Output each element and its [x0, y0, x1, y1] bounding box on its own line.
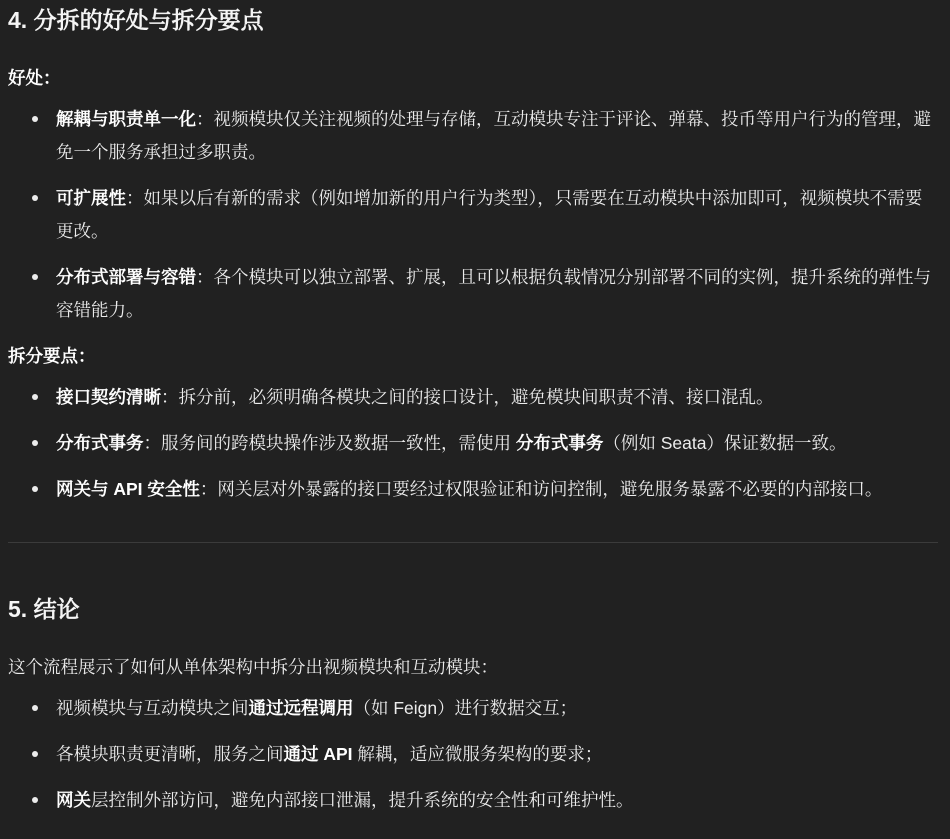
inline-bold-text: 分布式事务: [516, 433, 604, 453]
list-item: 接口契约清晰：拆分前，必须明确各模块之间的接口设计，避免模块间职责不清、接口混乱…: [56, 381, 938, 414]
inline-bold-text: 网关: [56, 790, 91, 810]
conclusion-intro: 这个流程展示了如何从单体架构中拆分出视频模块和互动模块：: [8, 651, 938, 684]
list-item: 各模块职责更清晰，服务之间通过 API 解耦，适应微服务架构的要求；: [56, 738, 938, 771]
document: 4. 分拆的好处与拆分要点 好处： 解耦与职责单一化：视频模块仅关注视频的处理与…: [0, 0, 950, 839]
post-text: 层控制外部访问，避免内部接口泄漏，提升系统的安全性和可维护性。: [91, 790, 634, 810]
pre-text: 视频模块与互动模块之间: [56, 698, 249, 718]
benefits-label: 好处：: [8, 62, 938, 95]
desc-text: ：服务间的跨模块操作涉及数据一致性，需使用: [144, 433, 516, 453]
points-list: 接口契约清晰：拆分前，必须明确各模块之间的接口设计，避免模块间职责不清、接口混乱…: [8, 381, 938, 506]
inline-bold-text: 通过 API: [284, 744, 353, 764]
desc-text: ：网关层对外暴露的接口要经过权限验证和访问控制，避免服务暴露不必要的内部接口。: [200, 479, 883, 499]
list-item: 分布式事务：服务间的跨模块操作涉及数据一致性，需使用 分布式事务（例如 Seat…: [56, 427, 938, 460]
list-item: 解耦与职责单一化：视频模块仅关注视频的处理与存储，互动模块专注于评论、弹幕、投币…: [56, 103, 938, 169]
term-text: 接口契约清晰: [56, 387, 161, 407]
list-item: 可扩展性：如果以后有新的需求（例如增加新的用户行为类型），只需要在互动模块中添加…: [56, 182, 938, 248]
section-4-heading: 4. 分拆的好处与拆分要点: [8, 4, 938, 36]
pre-text: 各模块职责更清晰，服务之间: [56, 744, 284, 764]
term-text: 分布式部署与容错: [56, 267, 196, 287]
post-text: （如 Feign）进行数据交互；: [354, 698, 578, 718]
desc-text: ：如果以后有新的需求（例如增加新的用户行为类型），只需要在互动模块中添加即可，视…: [56, 188, 922, 241]
section-divider: [8, 542, 938, 543]
conclusion-list: 视频模块与互动模块之间通过远程调用（如 Feign）进行数据交互； 各模块职责更…: [8, 692, 938, 817]
term-text: 网关与 API 安全性: [56, 479, 200, 499]
list-item: 分布式部署与容错：各个模块可以独立部署、扩展，且可以根据负载情况分别部署不同的实…: [56, 261, 938, 327]
list-item: 视频模块与互动模块之间通过远程调用（如 Feign）进行数据交互；: [56, 692, 938, 725]
term-text: 解耦与职责单一化: [56, 109, 196, 129]
desc-text: （例如 Seata）保证数据一致。: [603, 433, 846, 453]
list-item: 网关与 API 安全性：网关层对外暴露的接口要经过权限验证和访问控制，避免服务暴…: [56, 473, 938, 506]
points-label: 拆分要点：: [8, 340, 938, 373]
post-text: 解耦，适应微服务架构的要求；: [353, 744, 603, 764]
section-5-heading: 5. 结论: [8, 593, 938, 625]
benefits-list: 解耦与职责单一化：视频模块仅关注视频的处理与存储，互动模块专注于评论、弹幕、投币…: [8, 103, 938, 327]
list-item: 网关层控制外部访问，避免内部接口泄漏，提升系统的安全性和可维护性。: [56, 784, 938, 817]
inline-bold-text: 通过远程调用: [249, 698, 354, 718]
desc-text: ：拆分前，必须明确各模块之间的接口设计，避免模块间职责不清、接口混乱。: [161, 387, 774, 407]
term-text: 可扩展性: [56, 188, 126, 208]
term-text: 分布式事务: [56, 433, 144, 453]
